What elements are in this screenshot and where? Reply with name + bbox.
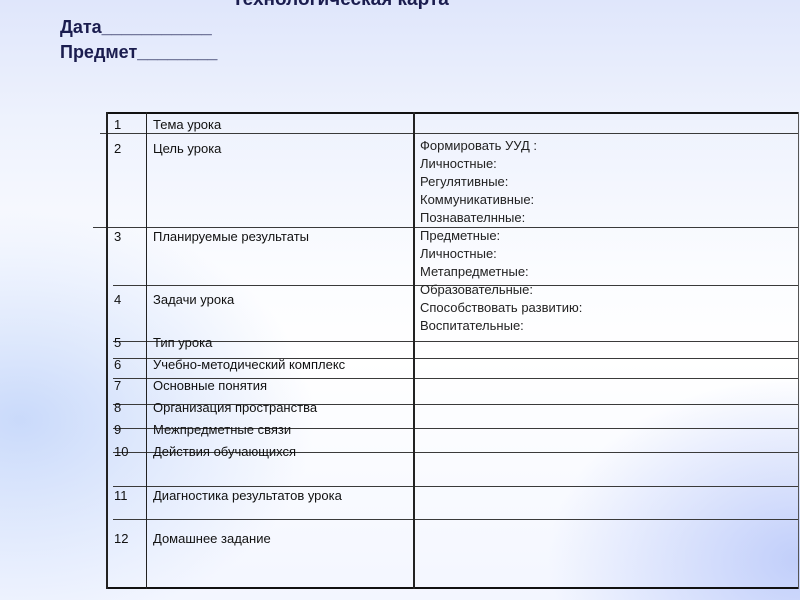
row-label: Домашнее задание (153, 531, 271, 546)
date-field: Дата___________ (60, 17, 212, 38)
row-label: Организация пространства (153, 400, 317, 415)
row-label: Действия обучающихся (153, 444, 296, 459)
row-number: 8 (114, 400, 121, 415)
table-border-left (106, 112, 108, 589)
row-number: 10 (114, 444, 128, 459)
goal-content: Формировать УУД : Личностные: Регулятивн… (420, 137, 537, 227)
row-label: Учебно-методический комплекс (153, 357, 345, 372)
goal-line: Коммуникативные: (420, 191, 537, 209)
row-number: 3 (114, 229, 121, 244)
row-label: Диагностика результатов урока (153, 488, 342, 503)
row-label: Межпредметные связи (153, 422, 291, 437)
subject-field: Предмет________ (60, 42, 217, 63)
column-divider (146, 112, 147, 589)
row-number: 9 (114, 422, 121, 437)
results-line: Предметные: (420, 227, 529, 245)
table-border-right (798, 112, 799, 589)
results-line: Метапредметные: (420, 263, 529, 281)
row-divider (113, 341, 799, 342)
row-label: Задачи урока (153, 292, 234, 307)
row-label: Тема урока (153, 117, 221, 132)
results-content: Предметные: Личностные: Метапредметные: (420, 227, 529, 281)
row-number: 1 (114, 117, 121, 132)
row-divider (113, 486, 799, 487)
row-label: Основные понятия (153, 378, 267, 393)
goal-line: Познавателнные: (420, 209, 537, 227)
row-number: 4 (114, 292, 121, 307)
row-number: 11 (114, 488, 128, 503)
tasks-line: Воспитательные: (420, 317, 582, 335)
row-number: 7 (114, 378, 121, 393)
row-number: 2 (114, 141, 121, 156)
row-divider (113, 519, 799, 520)
row-label: Планируемые результаты (153, 229, 309, 244)
row-divider (100, 133, 799, 134)
row-number: 12 (114, 531, 128, 546)
row-number: 5 (114, 335, 121, 350)
table-border-top (106, 112, 799, 114)
goal-line: Личностные: (420, 155, 537, 173)
goal-line: Формировать УУД : (420, 137, 537, 155)
column-divider (413, 112, 415, 589)
tasks-content: Образовательные: Способствовать развитию… (420, 281, 582, 335)
row-number: 6 (114, 357, 121, 372)
document-title: Технологическая карта (232, 0, 449, 11)
results-line: Личностные: (420, 245, 529, 263)
goal-line: Регулятивные: (420, 173, 537, 191)
table-border-bottom (106, 587, 799, 589)
tasks-line: Способствовать развитию: (420, 299, 582, 317)
tasks-line: Образовательные: (420, 281, 582, 299)
row-label: Цель урока (153, 141, 221, 156)
row-label: Тип урока (153, 335, 212, 350)
